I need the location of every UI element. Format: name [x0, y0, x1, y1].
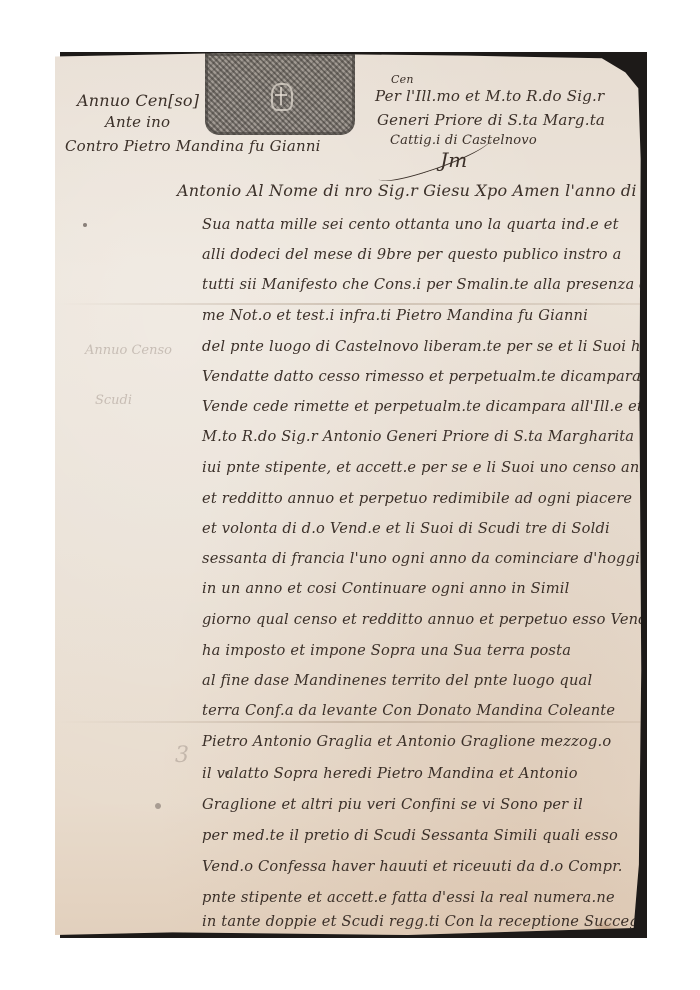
ink-speck	[155, 803, 161, 809]
header-left-line: Annuo Cen[so]	[77, 91, 199, 110]
seal-stamp-icon	[205, 53, 355, 135]
margin-note: Scudi	[95, 393, 132, 408]
body-line: Vendatte datto cesso rimesso et perpetua…	[202, 368, 656, 385]
paper-fold-line	[55, 303, 643, 305]
paper-fold-line	[55, 721, 643, 723]
body-line: Vende cede rimette et perpetualm.te dica…	[202, 398, 643, 415]
body-line: tutti sii Manifesto che Cons.i per Smali…	[202, 276, 654, 293]
body-line: il valatto Sopra heredi Pietro Mandina e…	[202, 765, 578, 782]
margin-note: 3	[175, 743, 189, 768]
header-left-line: Ante ino	[105, 113, 170, 131]
body-line: Antonio Al Nome di nro Sig.r Giesu Xpo A…	[177, 181, 637, 200]
body-line: pnte stipente et accett.e fatta d'essi l…	[202, 889, 615, 906]
header-right-line: Generi Priore di S.ta Marg.ta	[377, 111, 605, 129]
body-line: me Not.o et test.i infra.ti Pietro Mandi…	[202, 307, 588, 324]
body-line: et redditto annuo et perpetuo redimibile…	[202, 490, 632, 507]
body-line: per med.te il pretio di Scudi Sessanta S…	[202, 827, 618, 844]
margin-note: Annuo Censo	[85, 343, 172, 358]
body-line: iui pnte stipente, et accett.e per se e …	[202, 459, 668, 476]
body-line: terra Conf.a da levante Con Donato Mandi…	[202, 702, 615, 719]
body-line: al fine dase Mandinenes territo del pnte…	[202, 672, 592, 689]
header-right-line: Per l'Ill.mo et M.to R.do Sig.r	[375, 87, 604, 105]
body-line: Vend.o Confessa haver hauuti et riceuuti…	[202, 858, 623, 875]
body-line: Pietro Antonio Graglia et Antonio Gragli…	[202, 733, 611, 750]
ink-speck	[225, 771, 229, 775]
body-line: et volonta di d.o Vend.e et li Suoi di S…	[202, 520, 610, 537]
body-line: Graglione et altri piu veri Confini se v…	[202, 796, 583, 813]
body-line: M.to R.do Sig.r Antonio Generi Priore di…	[202, 428, 634, 445]
body-line: ha imposto et impone Sopra una Sua terra…	[202, 642, 571, 659]
cross-emblem-icon	[271, 83, 293, 111]
header-superscript: Cen	[391, 73, 414, 86]
manuscript-page: Annuo Censo Scudi 3 Annuo Cen[so] Ante i…	[55, 53, 643, 935]
header-left-line: Contro Pietro Mandina fu Gianni	[65, 137, 321, 155]
body-line: giorno qual censo et redditto annuo et p…	[202, 611, 662, 628]
body-line: Sua natta mille sei cento ottanta uno la…	[202, 216, 619, 233]
body-line: alli dodeci del mese di 9bre per questo …	[202, 246, 621, 263]
body-line: in un anno et cosi Continuare ogni anno …	[202, 580, 570, 597]
body-line: del pnte luogo di Castelnovo liberam.te …	[202, 338, 660, 355]
body-line: sessanta di francia l'uno ogni anno da c…	[202, 550, 640, 567]
ink-speck	[83, 223, 87, 227]
